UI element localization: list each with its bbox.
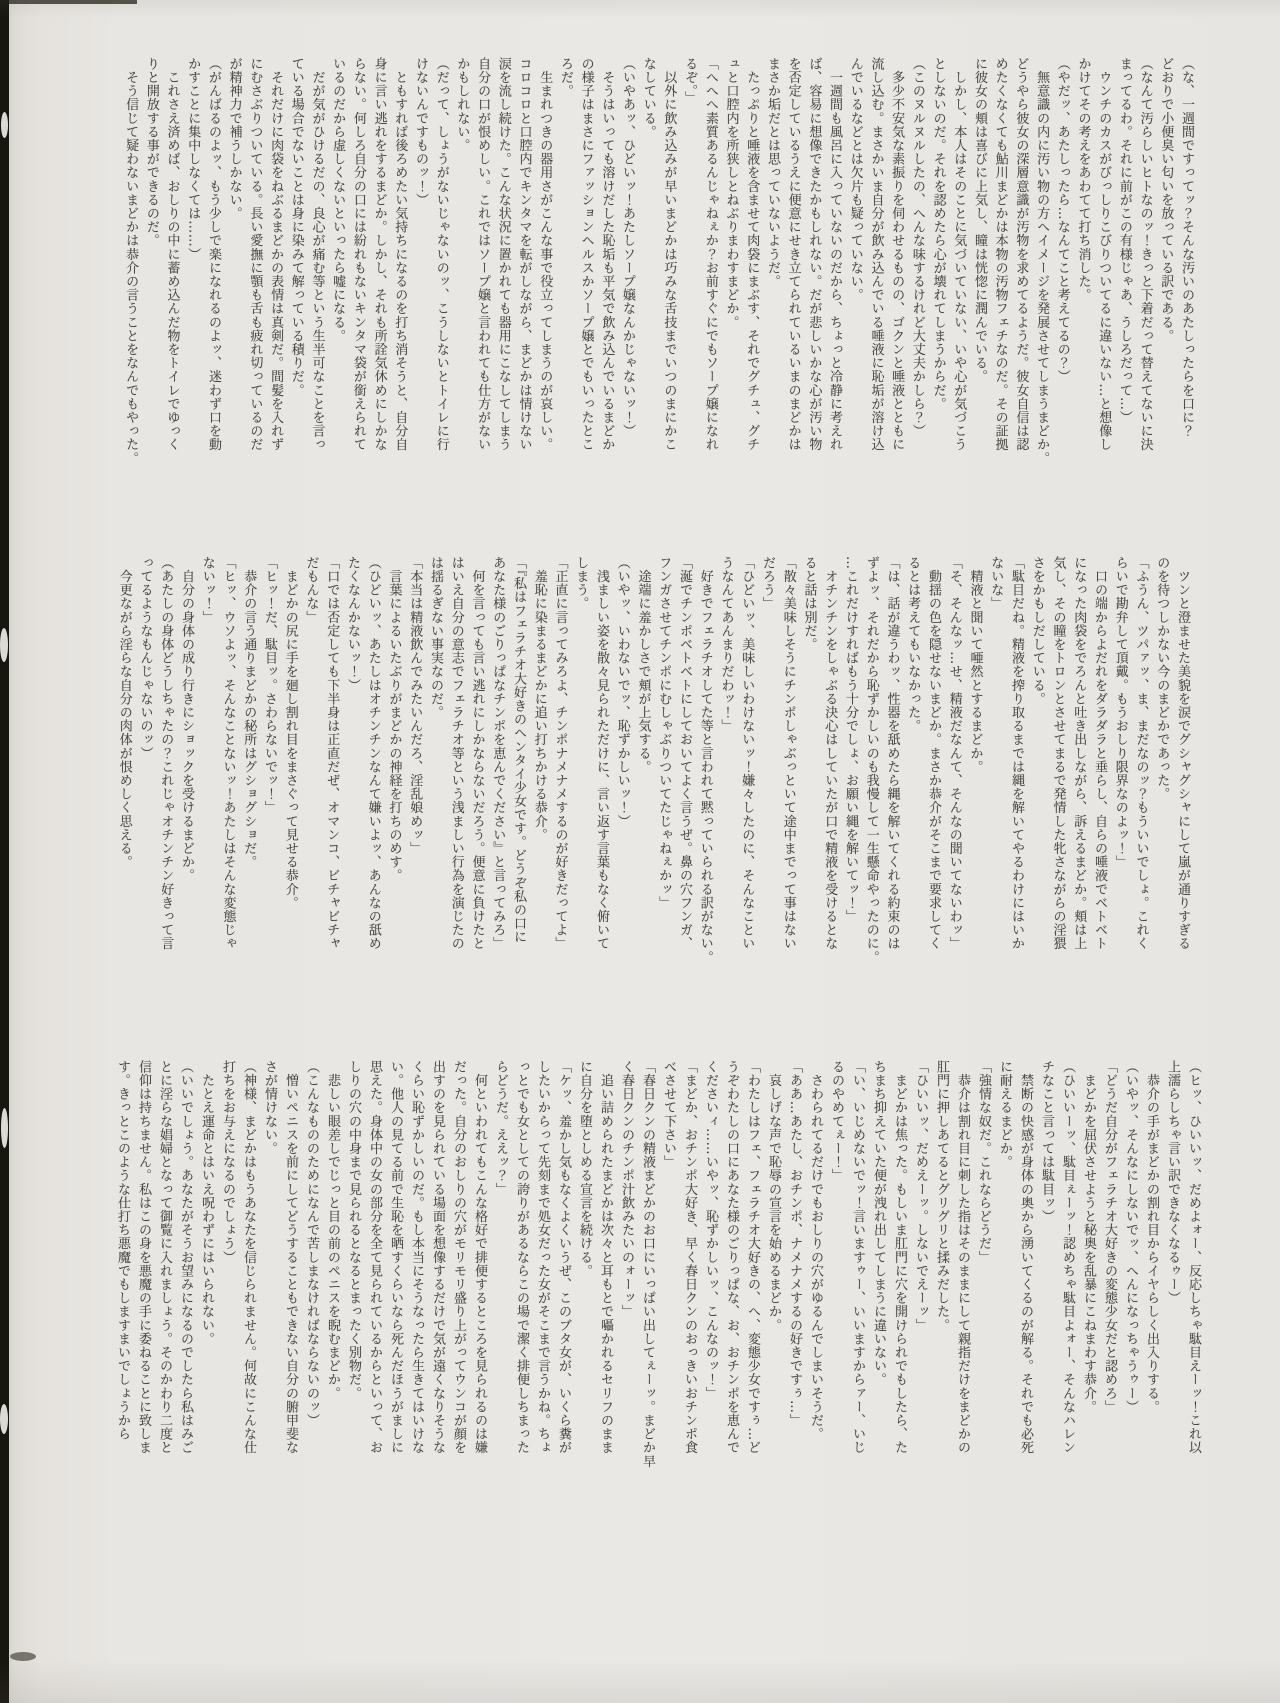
text-column: めたくなくても鮎川まどかは本物の汚物フェチなのだ。その証拠 — [989, 57, 1010, 523]
text-column: 悲しい眼差しでじっと目の前のペニスを睨むまどか。 — [322, 1060, 343, 1546]
text-column: 「い、いじめないでッ！言いますゥー、いいますからァー、いじ — [847, 1060, 868, 1546]
text-column: っとでも女としての誇りがあるならこの場で潔く排便しちまった — [511, 1060, 532, 1546]
text-column: ュと口腔内を所狭しとねぶりまわすまどか。 — [720, 57, 741, 523]
text-column: （だって、しょうがないじゃないのッ、こうしないとトイレに行 — [430, 57, 451, 523]
text-column: しまう。 — [570, 556, 591, 1034]
text-column: 「駄目だね。精液を搾り取るまでは縄を解いてやるわけにはいか — [1005, 556, 1026, 1034]
text-column: くらい恥ずかしいのだ。もし本当にそうなったら生きてはいけな — [406, 1060, 427, 1546]
text-column: にむさぶりついている。長い愛撫に顎も舌も疲れ切っているのだ — [244, 57, 265, 523]
text-column: だった。自分のおしりの穴がモリモリ盛り上がってウンコが顔を — [448, 1060, 469, 1546]
text-column: 「ひいいッ、だめえーッ。しないでえーッ」 — [910, 1060, 931, 1546]
text-column: 「本当は精液飲んでみたいんだろ、淫乱娘めッ」 — [404, 556, 425, 1034]
text-column: 自分の口が恨めしい。これではソープ嬢と言われても仕方がない — [471, 57, 492, 523]
text-column: オチンチンをしゃぶる決心はしていたが口で精液を受けるとな — [819, 556, 840, 1034]
text-column: るぞ。」 — [678, 57, 699, 523]
scan-edge-artifact — [0, 628, 8, 662]
text-column: を否定しているうえに便意にせき立てられているいまのまどかは — [782, 57, 803, 523]
text-column: かすことに集中しなくては……） — [182, 57, 203, 523]
text-column: そう信じて疑わないまどかは恭介の言うことをなんでもやった。 — [119, 57, 140, 523]
text-column: は揺るぎない事実なのだ。 — [424, 556, 445, 1034]
text-column: い。他人の見てる前で生恥を晒すくらいなら死んだほうがましに — [385, 1060, 406, 1546]
text-column: だろう」 — [756, 556, 777, 1034]
text-column: まどかを屈伏させようと秘奥を乱暴にこねまわす恭介。 — [1078, 1060, 1099, 1546]
text-column: どうやら彼女の深層意識が汚物を求めてるようだ。彼女自信は認 — [1010, 57, 1031, 523]
text-band-3: （ヒッ、ひいいッ、だめよォー、反応しちゃ駄目えーッ！これ以上濡らしちゃ言い訳でき… — [112, 1060, 1204, 1546]
text-column: 途端に羞かしさで頬が上気する。 — [632, 556, 653, 1034]
text-column: ともすれば後ろめたい気持ちになるのを打ち消そうと、自分自 — [389, 57, 410, 523]
text-column: ると話は別だ。 — [798, 556, 819, 1034]
text-column: 身に言い逃れをするまどか。しかし、それも所詮気休めにしかな — [368, 57, 389, 523]
text-column: 気し、その瞳をトロンとさせてまるで発情した牝さながらの淫猥 — [1047, 556, 1068, 1034]
text-column: （なんて汚らしいヒトなのッ！きっと下着だって替えてないに決 — [1134, 57, 1155, 523]
text-column: （やだッ、あたしったら…なんてこと考えてるの？） — [1051, 57, 1072, 523]
text-column: あなた様のごりっぱなチンポを恵んでください』と言ってみろ」 — [487, 556, 508, 1034]
text-column: たっぷりと唾液を含ませて肉袋にまぶす、それでグチュ、グチ — [741, 57, 762, 523]
text-column: （ヒッ、ひいいッ、だめよォー、反応しちゃ駄目えーッ！これ以 — [1183, 1060, 1204, 1546]
text-column: しりの穴の中身まで見られるとなるとまったく別物だ。 — [343, 1060, 364, 1546]
text-band-2: ツンと澄ませた美貌を涙でグシャグシャにして嵐が通りすぎるのを待つしかない今のまど… — [112, 556, 1192, 1034]
text-column: 打ちをお与えになるのでしょう） — [217, 1060, 238, 1546]
text-column: 哀しげな声で恥辱の宣言を始めるまどか。 — [763, 1060, 784, 1546]
text-column: 羞恥に染まるまどかに追い打ちかける恭介。 — [528, 556, 549, 1034]
text-column: 「『私はフェラチオ大好きのヘンタイ少女です。どうぞ私の口に — [507, 556, 528, 1034]
text-column: るのやめてぇー！」 — [826, 1060, 847, 1546]
text-column: が精神力で補うしかない。 — [223, 57, 244, 523]
text-column: んでいるなどとは欠片も疑っていない。 — [844, 57, 865, 523]
text-column: 無意識の内に汚い物の方へイメージを発展させてしまうまどか。 — [1030, 57, 1051, 523]
text-column: （神様、まどかはもうあなたを信じられません。何故にこんな仕 — [238, 1060, 259, 1546]
text-column: 「どうだ自分がフェラチオ大好きの変態少女だと認めろ」 — [1099, 1060, 1120, 1546]
text-column: したいからって先刻まで処女だった女がそこまで言うかね。ちょ — [532, 1060, 553, 1546]
text-column: ば、容易に想像できたかもしれない。だが悲しいかな心が汚い物 — [803, 57, 824, 523]
text-column: らない。何しろ自分の口には紛れもないキンタマ袋が銜えられて — [347, 57, 368, 523]
text-column: コロコロと口腔内でキンタマを転がしながら、まどかは情けない — [513, 57, 534, 523]
text-column: まってるわ。それに前がこの有様じゃあ、うしろだって…） — [1113, 57, 1134, 523]
scan-edge-artifact — [1, 112, 8, 138]
text-column: まどかの尻に手を廻し割れ目をまさぐって見せる恭介。 — [279, 556, 300, 1034]
text-column: さをかもしだしている。 — [1026, 556, 1047, 1034]
text-column: 「口では否定しても下半身は正直だぜ、オマンコ、ビチャビチャ — [321, 556, 342, 1034]
text-column: す。きっとこのような仕打ち悪魔でもしますまいでしょうから — [112, 1060, 133, 1546]
text-column: うなんてあんまりだわッ！」 — [715, 556, 736, 1034]
text-column: 「は、話が違うわッ、性器を舐めたら縄を解いてくれる約束のは — [881, 556, 902, 1034]
text-column: に彼女の頬は喜びに上気し、瞳は恍惚に潤んでいる。 — [968, 57, 989, 523]
text-column: ろだ。 — [554, 57, 575, 523]
text-column: くださいィ……いやッ、恥ずかしいッ、こんなのッ！」 — [700, 1060, 721, 1546]
text-column: かもしれない。 — [451, 57, 472, 523]
scanned-page: （な、一週間ですってッ？そんな汚いのあたしったらを口に？どおりで小便臭い匂いを放… — [0, 0, 1280, 1703]
text-column: けないんですものッ！） — [409, 57, 430, 523]
text-column: さわられてるだけでもおしりの穴がゆるんでしまいそうだ。 — [805, 1060, 826, 1546]
text-column: 「わたしはフェ、フェラチオ大好きの、へ、変態少女ですぅ…ど — [742, 1060, 763, 1546]
text-column: なしている。 — [637, 57, 658, 523]
text-column: 自分の身体の成り行きにショックを受けるまどか。 — [175, 556, 196, 1034]
text-column: たくなんかないッ！） — [341, 556, 362, 1034]
text-column: に耐えるまどか。 — [994, 1060, 1015, 1546]
text-column: （がんばるのよッ、もう少しで楽になれるのよッ、迷わず口を動 — [202, 57, 223, 523]
text-column: 思えた。身体中の女の部分を全て見られているからといって、お — [364, 1060, 385, 1546]
text-column: いるのだから虚しくないといったら嘘になる。 — [326, 57, 347, 523]
text-column: 涙を流し続けた。こんな状況に置かれても器用にこなしてしまう — [492, 57, 513, 523]
text-column: まさか垢だとは思っていないようだ。 — [761, 57, 782, 523]
text-column: 「そ、そんなッ…せ、精液だなんて、そんなの聞いてないわッ」 — [943, 556, 964, 1034]
text-column: 信仰は持ちません。私はこの身を悪魔の手に委ねることに致しま — [133, 1060, 154, 1546]
text-column: のを待つしかない今のまどかであった。 — [1151, 556, 1172, 1034]
text-column: 生まれつきの器用さがこんな事で役立ってしまうのが哀しい。 — [534, 57, 555, 523]
text-column: 「ああ…あたし、おチンポ、ナメナメするの好きですぅ…」 — [784, 1060, 805, 1546]
text-column: そうはいっても溶けだした恥垢も平気で飲み込んでいるまどか — [596, 57, 617, 523]
text-column: （このヌルヌルしたの、へんな味するけれど大丈夫かしら？） — [906, 57, 927, 523]
text-column: 肛門に押しあてるとグリグリと揉みだした。 — [931, 1060, 952, 1546]
text-column: 何といわれてもこんな格好で排便するところを見られるのは嫌 — [469, 1060, 490, 1546]
scan-edge-artifact — [9, 0, 137, 4]
text-band-1: （な、一週間ですってッ？そんな汚いのあたしったらを口に？どおりで小便臭い匂いを放… — [118, 57, 1196, 523]
text-column: 「ひどいッ、美味しいわけないッ！嫌々したのに、そんなことい — [736, 556, 757, 1034]
text-column: どおりで小便臭い匂いを放っている訳である。 — [1155, 57, 1176, 523]
text-column: これさえ済めば、おしりの中に蓄め込んだ物をトイレでゆっく — [161, 57, 182, 523]
scan-binding-edge — [0, 0, 9, 1703]
text-column: ツンと澄ませた美貌を涙でグシャグシャにして嵐が通りすぎる — [1171, 556, 1192, 1034]
text-column: に自分を堕としめる宣言を続ける。 — [574, 1060, 595, 1546]
text-column: 「まどか、おチンポ大好き、早く春日クンのおっきいおチンポ食 — [679, 1060, 700, 1546]
text-column: だもんな」 — [300, 556, 321, 1034]
text-column: 「ふうん、ツパァッ、ま、まだなのッ？もういいでしょ。これく — [1130, 556, 1151, 1034]
text-column: になった肉袋をでろんと吐き出しながら、訴えるまどか。頬は上 — [1068, 556, 1089, 1034]
text-column: 禁断の快感が身体の奥から湧いてくるのが解る。それでも必死 — [1015, 1060, 1036, 1546]
text-column: 一週間も風呂に入っていないのだから、ちょっと冷静に考えれ — [823, 57, 844, 523]
scan-edge-artifact — [10, 1652, 36, 1661]
text-column: しかし、本人はそのことに気づいていない、いや心が気づこう — [948, 57, 969, 523]
text-column: 流し込む。まさかいま自分が飲み込んでいる唾液に恥垢が溶け込 — [865, 57, 886, 523]
text-column: それだけに肉袋をねぶるまどかの表情は真剣だ。間髪を入れず — [264, 57, 285, 523]
text-column: りと開放する事ができるのだ。 — [140, 57, 161, 523]
text-column: はいえ自分の意志でフェラチオ等という浅ましい行為を演じたの — [445, 556, 466, 1034]
text-column: 「涎でチンポベトベトにしておいてよく言うぜ。鼻の穴フンガ、 — [673, 556, 694, 1034]
text-column: ないッ！」 — [196, 556, 217, 1034]
text-column: （いやッ、いわないでッ、恥ずかしいッ！） — [611, 556, 632, 1034]
text-column: さが情けない。 — [259, 1060, 280, 1546]
text-column: （な、一週間ですってッ？そんな汚いのあたしったらを口に？ — [1175, 57, 1196, 523]
text-column: べさせて下さい」 — [658, 1060, 679, 1546]
text-column: く春日クンのチンポ汁飲みたいのォーッ」 — [616, 1060, 637, 1546]
text-column: （いやッ、そんなにしないでッ、へんになっちゃうゥー） — [1120, 1060, 1141, 1546]
text-column: としないのだ。それを認めたら心が壊れてしまうからだ。 — [927, 57, 948, 523]
text-column: るとは考えてもいなかった。 — [902, 556, 923, 1034]
text-column: （あたしの身体どうしちゃたの？これじゃオチンチン好きって言 — [155, 556, 176, 1034]
text-column: 今更ながら淫らな自分の肉体が恨めしく思える。 — [113, 556, 134, 1034]
text-column: 恭介の言う通りまどかの秘所はグショグショだ。 — [238, 556, 259, 1034]
text-column: らどうだ。ええッ？」 — [490, 1060, 511, 1546]
text-column: まどかは焦った。もしいま肛門に穴を開けられでもしたら、た — [889, 1060, 910, 1546]
text-column: だが気がひけるだの、良心が痛む等という生半可なことを言っ — [306, 57, 327, 523]
text-column: 口の端からよだれをダラダラと垂らし、自らの唾液でベトベト — [1088, 556, 1109, 1034]
text-column: 動揺の色を隠せないまどか。まさか恭介がそこまで要求してく — [922, 556, 943, 1034]
text-column: 以外に飲み込みが早いまどかは巧みな舌技までいつのまにかこ — [658, 57, 679, 523]
text-column: 「ヒッ！だ、駄目ッ。さわらないでッ！」 — [258, 556, 279, 1034]
text-column: （いいでしょう。あなたがそうお望みになるのでしたら私はみご — [175, 1060, 196, 1546]
text-column: 言葉によるいたぶりがまどかの神経を打ちのめす。 — [383, 556, 404, 1034]
text-column: 多少不安気な素振りを伺わせるものの、ゴクンと唾液とともに — [885, 57, 906, 523]
text-column: うぞわたしの口にあなた様のごりっぱな、お、おチンポを恵んで — [721, 1060, 742, 1546]
text-column: 恭介は割れ目に刺した指はそのままにして親指だけをまどかの — [952, 1060, 973, 1546]
text-column: 精液と聞いて唖然とするまどか。 — [964, 556, 985, 1034]
text-column: たとえ運命とはいえ呪わずにはいられない。 — [196, 1060, 217, 1546]
text-column: 「へへへ素質あるんじゃねぇか？お前すぐにでもソープ嬢になれ — [699, 57, 720, 523]
text-column: かけてその考えをあわてて打ち消した。 — [1072, 57, 1093, 523]
scan-edge-artifact — [1, 1108, 8, 1148]
text-column: 何を言っても言い逃れにしかならないだろう。便意に負けたと — [466, 556, 487, 1034]
text-column: 上濡らしちゃ言い訳できなくなるゥー） — [1162, 1060, 1183, 1546]
text-column: ウンチのカスがびっしりこびりついてるに違いない…と想像し — [1092, 57, 1113, 523]
text-column: 「正直に言ってみろよ、チンポナメナメするのが好きだってよ」 — [549, 556, 570, 1034]
text-column: らいで勘弁して頂戴。もうおしり限界なのよッ！」 — [1109, 556, 1130, 1034]
scan-edge-artifact — [0, 1404, 8, 1434]
text-column: （こんなもののためになんで苦しまなければならないのッ） — [301, 1060, 322, 1546]
text-column: フンガさせてチンポにむしゃぶりついてたじゃねぇかッ」 — [653, 556, 674, 1034]
text-column: （いやあッ、ひどいッ！あたしソープ嬢なんかじゃないッ！） — [616, 57, 637, 523]
text-column: 憎いペニスを前にしてどうすることもできない自分の腑甲斐な — [280, 1060, 301, 1546]
text-column: 好きでフェラチオしてた等と言われて黙っていられる訳がない。 — [694, 556, 715, 1034]
text-column: 追い詰められたまどかは次々と耳もとで囁かれるセリフのまま — [595, 1060, 616, 1546]
text-column: 「散々美味しそうにチンポしゃぶっといて途中までって事はない — [777, 556, 798, 1034]
text-column: …これだけすればもう十分でしょ、お願い縄を解いてッ！」 — [839, 556, 860, 1034]
text-column: とに淫らな娼婦となって御覧に入れましょう。そのかわり二度と — [154, 1060, 175, 1546]
text-column: （ひいいーッ、駄目ぇーッ！認めちゃ駄目よォー、そんなハレン — [1057, 1060, 1078, 1546]
text-column: チなこと言っては駄目ッ） — [1036, 1060, 1057, 1546]
text-column: 「強情な奴だ。これならどうだ」 — [973, 1060, 994, 1546]
text-column: ないな」 — [985, 556, 1006, 1034]
text-column: 浅ましい姿を散々見られただけに、言い返す言葉もなく俯いて — [590, 556, 611, 1034]
text-column: 「春日クンの精液まどかのお口にいっぱい出してぇーッ。まどか早 — [637, 1060, 658, 1546]
text-column: （ひどいッ、あたしはオチンチンなんて嫌いよッ、あんなの舐め — [362, 556, 383, 1034]
text-column: 「ケッ、羞かし気もなくよくいうぜ、このブタ女が、いくら糞が — [553, 1060, 574, 1546]
text-column: 恭介の手がまどかの割れ目からイヤらしく出入りする。 — [1141, 1060, 1162, 1546]
text-column: ってるようなもんじゃないのッ） — [134, 556, 155, 1034]
text-column: ちまち抑えていた便が洩れ出してしまうに違いない。 — [868, 1060, 889, 1546]
text-column: の様子はまさにファッションヘルスかソープ嬢とでもいったとこ — [575, 57, 596, 523]
text-column: 「ヒッ、ウソよッ、そんなことないッ！あたしはそんな変態じゃ — [217, 556, 238, 1034]
text-column: ずよッ、それだから恥ずかしいのも我慢して一生懸命やったのに。 — [860, 556, 881, 1034]
text-column: 出すのを見られている場面を想像するだけで気が遠くなりそうな — [427, 1060, 448, 1546]
text-column: ている場合でないことは身に染みて解っている積りだ。 — [285, 57, 306, 523]
